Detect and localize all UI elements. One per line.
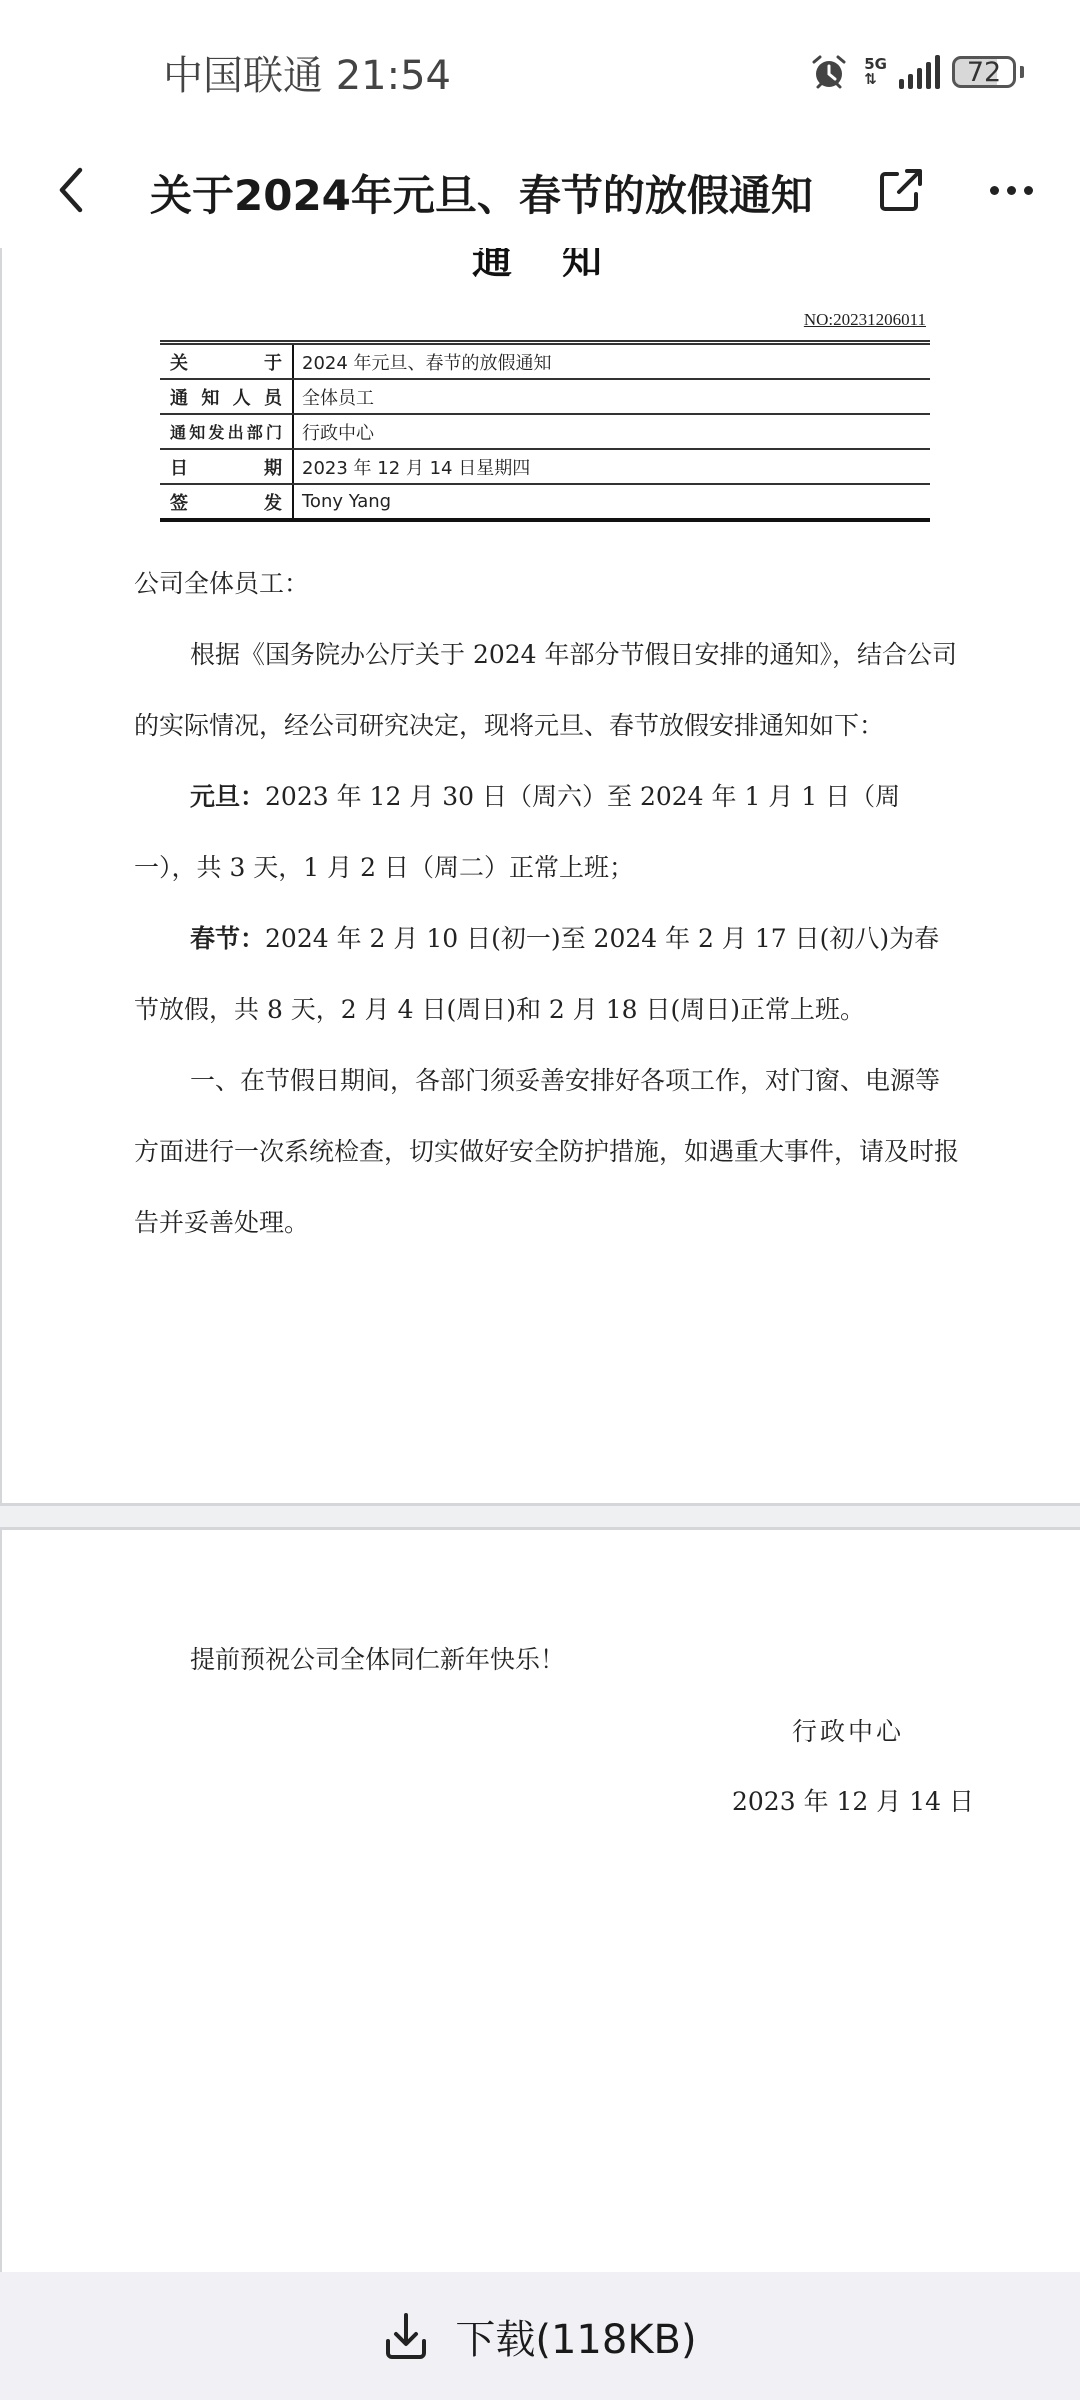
network-indicator: 5G ⇅ [864, 57, 887, 87]
new-year-paragraph: 元旦：2023 年 12 月 30 日（周六）至 2024 年 1 月 1 日（… [134, 761, 960, 903]
more-options-button[interactable] [990, 175, 1050, 205]
document-viewer[interactable]: 通知 NO:20231206011 关于 2024 年元旦、春节的放假通知 通知… [0, 248, 1080, 2272]
meta-value: 2024 年元旦、春节的放假通知 [293, 343, 930, 380]
share-button[interactable] [875, 162, 929, 216]
data-arrows-icon: ⇅ [864, 72, 887, 87]
status-icons: 5G ⇅ 72 [810, 50, 1024, 94]
top-nav-bar: 关于2024年元旦、春节的放假通知 [0, 130, 1080, 248]
signature-dept: 行政中心 [792, 1712, 904, 1748]
table-row: 日期 2023 年 12 月 14 日星期四 [160, 449, 930, 484]
download-icon [383, 2311, 429, 2361]
download-button[interactable]: 下载(118KB) [0, 2272, 1080, 2400]
notice-meta-table: 关于 2024 年元旦、春节的放假通知 通知人员 全体员工 通知发出部门 行政中… [160, 340, 930, 522]
clock: 21:54 [336, 53, 451, 99]
spring-festival-label: 春节： [190, 924, 265, 953]
meta-key: 签发 [160, 484, 293, 520]
battery-level: 72 [967, 57, 1001, 88]
back-button[interactable] [50, 160, 100, 220]
more-icon-dot [1007, 186, 1016, 195]
meta-value: 全体员工 [293, 379, 930, 414]
table-row: 通知人员 全体员工 [160, 379, 930, 414]
more-icon-dot [990, 186, 999, 195]
signature-date: 2023 年 12 月 14 日 [732, 1782, 974, 1818]
share-icon [875, 162, 929, 216]
meta-value: 2023 年 12 月 14 日星期四 [293, 449, 930, 484]
intro-paragraph: 根据《国务院办公厅关于 2024 年部分节假日安排的通知》，结合公司的实际情况，… [134, 619, 960, 761]
back-icon [50, 160, 100, 220]
download-content: 下载(118KB) [383, 2308, 696, 2365]
alarm-icon [810, 53, 848, 91]
greeting-text: 提前预祝公司全体同仁新年快乐！ [190, 1640, 565, 1676]
notice-body: 公司全体员工： 根据《国务院办公厅关于 2024 年部分节假日安排的通知》，结合… [134, 548, 960, 1258]
page-title: 关于2024年元旦、春节的放假通知 [150, 163, 830, 223]
salutation: 公司全体员工： [134, 548, 960, 619]
document-page-1: 通知 NO:20231206011 关于 2024 年元旦、春节的放假通知 通知… [0, 248, 1080, 1506]
battery-tip [1020, 66, 1024, 78]
meta-key: 通知发出部门 [160, 414, 293, 449]
document-heading: 通知 [472, 248, 652, 285]
carrier-time: 中国联通 21:54 [163, 44, 451, 101]
spring-festival-paragraph: 春节：2024 年 2 月 10 日(初一)至 2024 年 2 月 17 日(… [134, 903, 960, 1045]
meta-value: 行政中心 [293, 414, 930, 449]
document-page-2: 提前预祝公司全体同仁新年快乐！ 行政中心 2023 年 12 月 14 日 [0, 1527, 1080, 2272]
meta-value: Tony Yang [293, 484, 930, 520]
meta-key: 通知人员 [160, 379, 293, 414]
table-row: 签发 Tony Yang [160, 484, 930, 520]
meta-key: 日期 [160, 449, 293, 484]
battery-icon: 72 [952, 56, 1016, 88]
status-bar: 中国联通 21:54 5G ⇅ 72 [0, 0, 1080, 130]
meta-key: 关于 [160, 343, 293, 380]
table-row: 关于 2024 年元旦、春节的放假通知 [160, 343, 930, 380]
carrier-label: 中国联通 [163, 53, 323, 99]
download-label: 下载(118KB) [455, 2308, 696, 2365]
table-row: 通知发出部门 行政中心 [160, 414, 930, 449]
signal-icon [899, 55, 940, 89]
more-icon-dot [1024, 186, 1033, 195]
document-number: NO:20231206011 [804, 310, 926, 330]
item-1-paragraph: 一、在节假日期间，各部门须妥善安排好各项工作，对门窗、电源等方面进行一次系统检查… [134, 1045, 960, 1258]
new-year-label: 元旦： [190, 782, 265, 811]
